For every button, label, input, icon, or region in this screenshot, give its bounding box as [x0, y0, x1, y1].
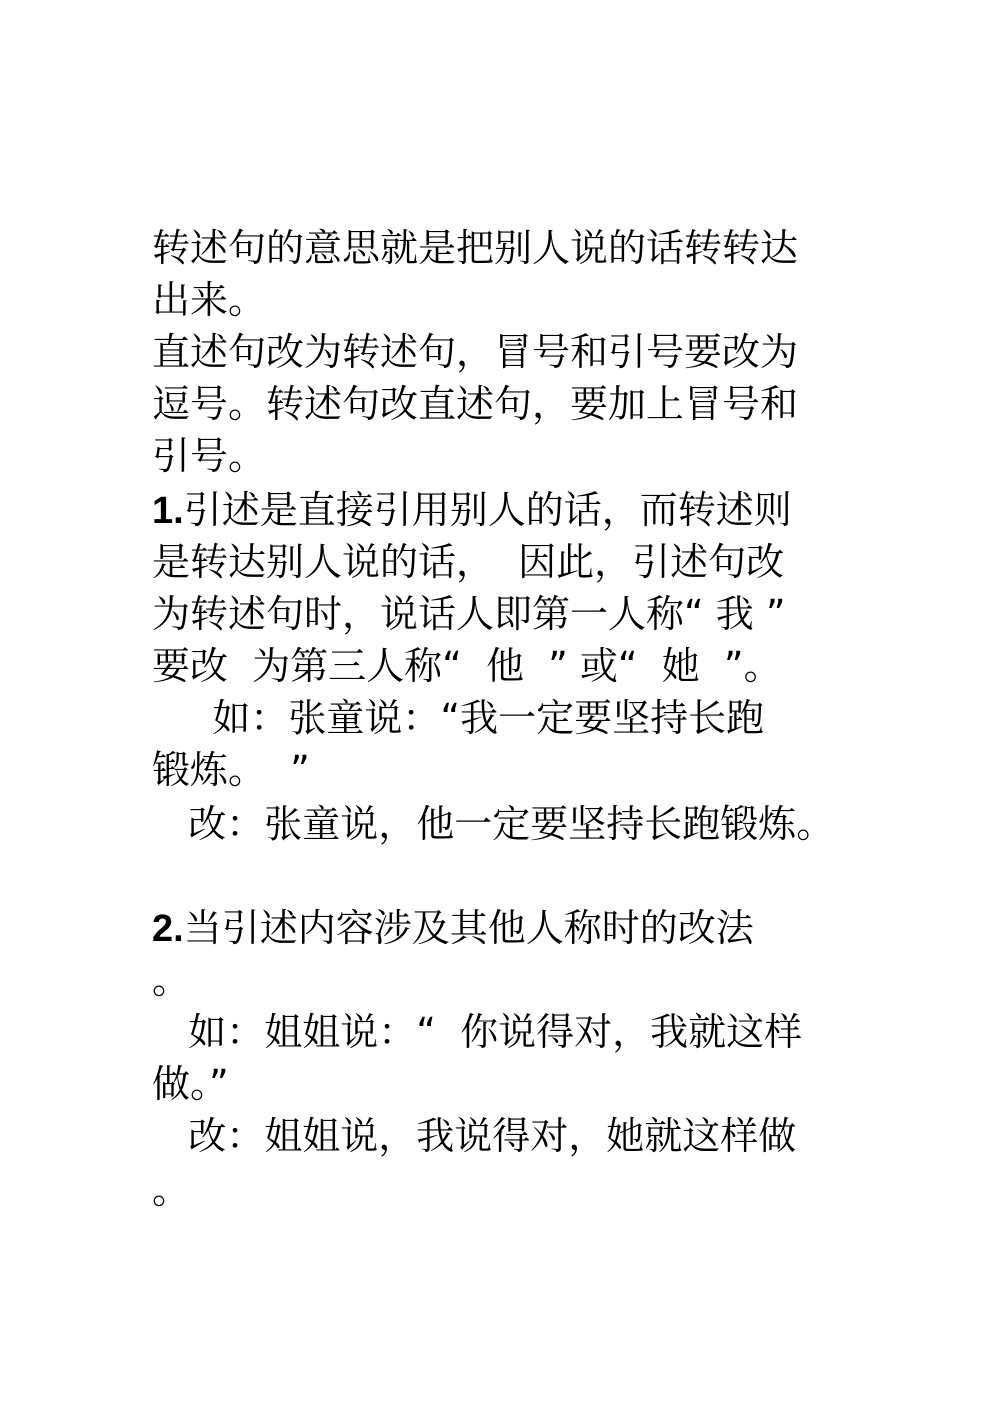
text-line: 为转述句时，说话人即第一人称“ 我 ”: [152, 588, 786, 640]
text-line: 直述句改为转述句，冒号和引号要改为: [152, 326, 798, 378]
example-line: 锻炼。 ”: [152, 744, 310, 796]
example-line: 如：姐姐说：“ 你说得对，我就这样: [152, 1006, 802, 1058]
answer-line: 。: [152, 1164, 190, 1216]
rule-number: 1.: [152, 490, 184, 532]
text-line: 。: [152, 954, 190, 1006]
rule-2-heading-line: 2.当引述内容涉及其他人称时的改法: [152, 902, 754, 954]
example-line: 如：张童说：“我一定要坚持长跑: [152, 692, 764, 744]
text-span: 当引述内容涉及其他人称时的改法: [184, 906, 754, 950]
answer-line: 改：姐姐说，我说得对，她就这样做: [152, 1110, 796, 1162]
text-line: 出来。: [152, 274, 266, 326]
example-line: 做。”: [152, 1058, 229, 1110]
text-line: 是转达别人说的话， 因此，引述句改: [152, 536, 784, 588]
answer-line: 改：张童说，他一定要坚持长跑锻炼。: [152, 798, 834, 850]
rule-number: 2.: [152, 908, 184, 950]
text-line: 引号。: [152, 430, 266, 482]
text-line: 要改 为第三人称“ 他 ” 或“ 她 ”。: [152, 640, 782, 692]
text-span: 引述是直接引用别人的话，而转述则: [184, 488, 792, 532]
rule-1-heading-line: 1.引述是直接引用别人的话，而转述则: [152, 484, 792, 536]
text-line: 转述句的意思就是把别人说的话转转达: [152, 222, 798, 274]
text-line: 逗号。转述句改直述句，要加上冒号和: [152, 378, 798, 430]
document-page: 转述句的意思就是把别人说的话转转达 出来。 直述句改为转述句，冒号和引号要改为 …: [0, 0, 993, 1404]
